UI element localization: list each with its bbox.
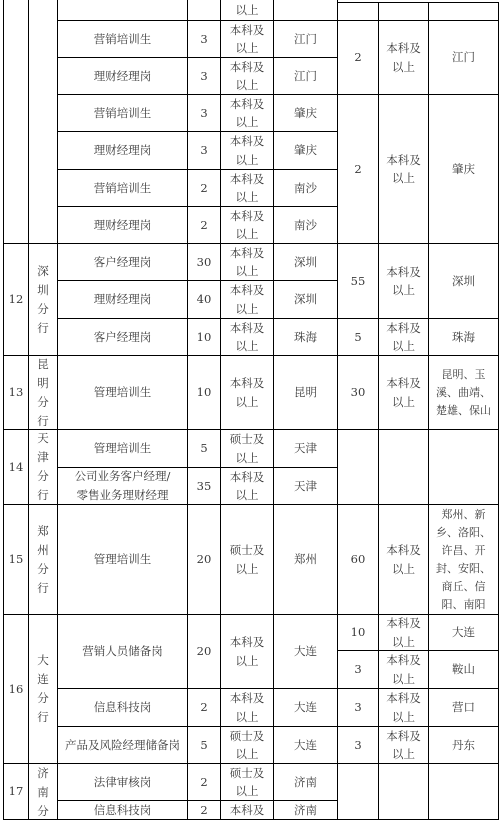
- education-line: 以上: [236, 151, 259, 170]
- branch-name-char: 分: [37, 689, 49, 708]
- branch-no-text: 13: [9, 383, 24, 402]
- count-cell: 3: [187, 94, 221, 132]
- education-line: 本科及: [386, 727, 421, 746]
- county-location-cell: 丹东: [428, 726, 499, 764]
- county-count-cell: 3: [337, 726, 379, 764]
- education-line: 本科及: [230, 95, 265, 114]
- education-cell: 本科及以上: [220, 243, 274, 281]
- county-location-line: 楚雄、保山: [436, 402, 491, 420]
- position-text: 理财经理岗: [94, 290, 152, 309]
- education-line: 以上: [236, 225, 259, 244]
- education-line: 以上: [392, 281, 415, 300]
- location-text: 肇庆: [294, 104, 317, 123]
- county-location-text: 丹东: [452, 736, 475, 755]
- education-line: 本科及: [230, 244, 265, 263]
- education-line: 硕士及: [230, 430, 265, 449]
- branch-name-char: 大: [37, 651, 49, 670]
- count-text: 3: [200, 30, 207, 49]
- branch-name-char: 分: [37, 393, 49, 412]
- count-cell: 3: [187, 20, 221, 58]
- education-line: 以上: [236, 745, 259, 764]
- education-cell: 本科及: [220, 800, 274, 820]
- education-line: 以上: [392, 58, 415, 77]
- count-cell: 5: [187, 726, 221, 764]
- position-cell: 客户经理岗: [57, 243, 188, 281]
- education-line: 以上: [236, 113, 259, 132]
- education-line: 以上: [392, 393, 415, 412]
- count-cell: 35: [187, 467, 221, 505]
- branch-no-cell: 12: [3, 243, 29, 356]
- education-cell: 硕士及以上: [220, 763, 274, 801]
- branch-no-text: 12: [9, 290, 24, 309]
- county-location-text: 肇庆: [452, 160, 475, 179]
- location-text: 大连: [294, 698, 317, 717]
- position-text: 法律审核岗: [94, 773, 152, 792]
- count-cell: 20: [187, 504, 221, 615]
- education-line: 本科及: [386, 541, 421, 560]
- county-location-cell: [428, 2, 499, 21]
- location-text: 大连: [294, 736, 317, 755]
- position-cell: 管理培训生: [57, 355, 188, 430]
- education-line: 以上: [392, 708, 415, 727]
- count-cell: 3: [187, 57, 221, 95]
- branch-name-char: 连: [37, 670, 49, 689]
- education-cell: 本科及以上: [220, 614, 274, 689]
- education-line: 以上: [392, 169, 415, 188]
- position-text: 信息科技岗: [94, 801, 152, 820]
- county-education-cell: 本科及以上: [378, 243, 429, 319]
- count-cell: 40: [187, 280, 221, 319]
- county-location-text: 江门: [452, 48, 475, 67]
- count-cell: 3: [187, 131, 221, 170]
- education-line: 以上: [236, 486, 259, 505]
- county-count-cell: 10: [337, 614, 379, 651]
- branch-name-char: 郑: [37, 522, 49, 541]
- branch-no-text: 14: [9, 458, 24, 477]
- county-education-cell: 本科及以上: [378, 614, 429, 651]
- location-text: 江门: [294, 67, 317, 86]
- count-cell: 10: [187, 355, 221, 430]
- county-location-line: 乡、洛阳、: [436, 524, 491, 542]
- county-education-cell: [378, 2, 429, 21]
- county-education-cell: 本科及以上: [378, 355, 429, 430]
- branch-no-cell: 16: [3, 614, 29, 764]
- education-line: 以上: [236, 76, 259, 95]
- education-line: 本科及: [230, 207, 265, 226]
- recruitment-table: 以上 营销培训生 3 本科及以上 江门 理财经理岗 3 本科及以上 江门 2 本…: [0, 0, 500, 822]
- count-text: 2: [200, 216, 207, 235]
- county-location-line: 封、安阳、: [436, 560, 491, 578]
- branch-name-char: 行: [37, 708, 49, 727]
- position-cell: [57, 0, 188, 21]
- position-text: 管理培训生: [94, 550, 152, 569]
- county-location-cell: 郑州、新 乡、洛阳、 许昌、开 封、安阳、 商丘、信 阳、南阳: [428, 504, 499, 615]
- count-text: 10: [197, 383, 212, 402]
- branch-name-cell: 郑 州 分 行: [28, 504, 58, 615]
- branch-name-cell: 济 南 分: [28, 763, 58, 820]
- branch-name-char: 分: [37, 467, 49, 486]
- county-count-cell: 60: [337, 504, 379, 615]
- location-cell: [273, 0, 338, 21]
- county-location-cell: 深圳: [428, 243, 499, 319]
- position-text: 管理培训生: [94, 383, 152, 402]
- education-line: 本科及: [230, 374, 265, 393]
- county-count-cell: [337, 763, 379, 820]
- location-cell: 大连: [273, 688, 338, 727]
- county-count-text: 10: [351, 623, 366, 642]
- county-education-cell: 本科及以上: [378, 318, 429, 356]
- education-cell: 本科及以上: [220, 20, 274, 58]
- county-count-text: 2: [354, 160, 361, 179]
- branch-name-char: 行: [37, 412, 49, 431]
- county-location-line: 商丘、信: [442, 578, 486, 596]
- education-line: 以上: [236, 560, 259, 579]
- education-line: 硕士及: [230, 764, 265, 783]
- county-education-cell: [378, 429, 429, 505]
- position-cell: 管理培训生: [57, 504, 188, 615]
- county-education-cell: 本科及以上: [378, 94, 429, 244]
- branch-name-char: 分: [37, 802, 49, 821]
- branch-no-text: 15: [9, 550, 24, 569]
- branch-name-cell: 昆 明 分 行: [28, 355, 58, 430]
- position-text: 理财经理岗: [94, 141, 152, 160]
- county-count-cell: [337, 429, 379, 505]
- count-cell: [187, 0, 221, 21]
- education-cell: 本科及以上: [220, 688, 274, 727]
- education-line: 本科及: [230, 21, 265, 40]
- county-location-cell: 鞍山: [428, 650, 499, 689]
- location-cell: 郑州: [273, 504, 338, 615]
- count-cell: 2: [187, 206, 221, 244]
- county-count-cell: 3: [337, 650, 379, 689]
- education-line: 本科及: [386, 39, 421, 58]
- education-line: 本科及: [386, 263, 421, 282]
- position-cell: 理财经理岗: [57, 131, 188, 170]
- position-cell: 营销培训生: [57, 20, 188, 58]
- county-count-cell: 2: [337, 94, 379, 244]
- county-count-cell: 55: [337, 243, 379, 319]
- branch-name-cell: 天 津 分 行: [28, 429, 58, 505]
- count-text: 3: [200, 67, 207, 86]
- branch-name-char: 分: [37, 560, 49, 579]
- branch-name-char: 天: [37, 429, 49, 448]
- education-line: 以上: [236, 188, 259, 207]
- branch-name-char: 昆: [37, 355, 49, 374]
- branch-no-cell: 15: [3, 504, 29, 615]
- county-location-text: 营口: [452, 698, 475, 717]
- county-count-cell: 30: [337, 355, 379, 430]
- count-text: 2: [200, 773, 207, 792]
- county-education-cell: 本科及以上: [378, 726, 429, 764]
- count-cell: 2: [187, 800, 221, 820]
- count-cell: 2: [187, 169, 221, 207]
- location-text: 郑州: [294, 550, 317, 569]
- education-line: 以上: [236, 39, 259, 58]
- location-cell: 深圳: [273, 280, 338, 319]
- position-text: 客户经理岗: [94, 328, 152, 347]
- count-cell: 30: [187, 243, 221, 281]
- education-line: 本科及: [230, 468, 265, 487]
- county-count-cell: 3: [337, 688, 379, 727]
- branch-name-char: 行: [37, 319, 49, 338]
- location-cell: 肇庆: [273, 94, 338, 132]
- location-cell: 南沙: [273, 206, 338, 244]
- education-line: 本科及: [386, 151, 421, 170]
- position-text: 信息科技岗: [94, 698, 152, 717]
- education-line: 本科及: [230, 801, 265, 820]
- education-cell: 硕士及以上: [220, 429, 274, 468]
- location-text: 南沙: [294, 216, 317, 235]
- count-text: 3: [200, 141, 207, 160]
- branch-name-char: 圳: [37, 281, 49, 300]
- county-location-cell: 珠海: [428, 318, 499, 356]
- county-count-text: 55: [351, 272, 366, 291]
- location-cell: 南沙: [273, 169, 338, 207]
- branch-name-char: 分: [37, 300, 49, 319]
- branch-no-cell: 17: [3, 763, 29, 820]
- education-line: 以上: [236, 337, 259, 356]
- education-cell: 本科及以上: [220, 206, 274, 244]
- education-line: 以上: [236, 782, 259, 801]
- education-line: 本科及: [230, 633, 265, 652]
- branch-name-char: 行: [37, 579, 49, 598]
- location-cell: 江门: [273, 57, 338, 95]
- count-text: 35: [197, 477, 212, 496]
- location-cell: 天津: [273, 467, 338, 505]
- position-cell: 营销培训生: [57, 169, 188, 207]
- county-count-text: 60: [351, 550, 366, 569]
- education-cell: 本科及以上: [220, 94, 274, 132]
- position-cell: 信息科技岗: [57, 800, 188, 820]
- education-text: 以上: [236, 1, 259, 20]
- education-line: 本科及: [230, 689, 265, 708]
- position-cell: 公司业务客户经理/ 零售业务理财经理: [57, 467, 188, 505]
- branch-name-char: 深: [37, 262, 49, 281]
- count-cell: 2: [187, 688, 221, 727]
- county-education-cell: 本科及以上: [378, 504, 429, 615]
- county-count-cell: 5: [337, 318, 379, 356]
- county-count-text: 3: [354, 660, 361, 679]
- county-count-text: 3: [354, 698, 361, 717]
- location-cell: 昆明: [273, 355, 338, 430]
- position-text: 营销培训生: [94, 104, 152, 123]
- education-cell: 本科及以上: [220, 280, 274, 319]
- education-cell: 本科及以上: [220, 467, 274, 505]
- location-text: 南沙: [294, 179, 317, 198]
- position-cell: 理财经理岗: [57, 206, 188, 244]
- position-text: 营销人员储备岗: [82, 642, 163, 661]
- branch-name-cell: 深 圳 分 行: [28, 243, 58, 356]
- count-text: 5: [200, 439, 207, 458]
- branch-no-cell: 13: [3, 355, 29, 430]
- county-count-cell: 2: [337, 20, 379, 95]
- county-location-text: 大连: [452, 623, 475, 642]
- county-location-text: 珠海: [452, 328, 475, 347]
- county-location-cell: 昆明、玉 溪、曲靖、 楚雄、保山: [428, 355, 499, 430]
- count-text: 20: [197, 550, 212, 569]
- branch-name-cell: [28, 0, 58, 244]
- location-cell: 大连: [273, 614, 338, 689]
- location-text: 昆明: [294, 383, 317, 402]
- location-text: 深圳: [294, 253, 317, 272]
- education-line: 本科及: [386, 651, 421, 670]
- county-location-text: 鞍山: [452, 660, 475, 679]
- branch-no-text: 16: [9, 680, 24, 699]
- county-location-cell: 营口: [428, 688, 499, 727]
- location-cell: 深圳: [273, 243, 338, 281]
- education-line: 本科及: [386, 319, 421, 338]
- count-text: 20: [197, 642, 212, 661]
- location-text: 天津: [294, 439, 317, 458]
- branch-name-char: 明: [37, 374, 49, 393]
- education-line: 以上: [392, 670, 415, 689]
- position-text: 管理培训生: [94, 439, 152, 458]
- county-location-cell: 大连: [428, 614, 499, 651]
- position-cell: 理财经理岗: [57, 280, 188, 319]
- branch-no-cell: [3, 0, 29, 244]
- branch-name-char: 济: [37, 764, 49, 783]
- education-line: 以上: [236, 652, 259, 671]
- county-education-cell: 本科及以上: [378, 688, 429, 727]
- branch-name-char: 津: [37, 448, 49, 467]
- position-text: 理财经理岗: [94, 216, 152, 235]
- education-cell: 本科及以上: [220, 355, 274, 430]
- education-cell: 本科及以上: [220, 57, 274, 95]
- education-line: 本科及: [230, 281, 265, 300]
- location-cell: 珠海: [273, 318, 338, 356]
- count-text: 3: [200, 104, 207, 123]
- education-line: 本科及: [230, 170, 265, 189]
- education-cell: 本科及以上: [220, 318, 274, 356]
- position-line: 零售业务理财经理: [77, 486, 169, 505]
- count-cell: 5: [187, 429, 221, 468]
- county-education-cell: 本科及以上: [378, 650, 429, 689]
- education-line: 本科及: [230, 319, 265, 338]
- position-cell: 营销培训生: [57, 94, 188, 132]
- location-cell: 济南: [273, 800, 338, 820]
- education-line: 以上: [392, 745, 415, 764]
- count-text: 30: [197, 253, 212, 272]
- county-location-cell: [428, 763, 499, 820]
- position-cell: 理财经理岗: [57, 57, 188, 95]
- count-cell: 10: [187, 318, 221, 356]
- education-line: 以上: [236, 262, 259, 281]
- education-cell: 以上: [220, 0, 274, 20]
- county-location-line: 阳、南阳: [442, 596, 486, 614]
- branch-name-char: 南: [37, 783, 49, 802]
- education-line: 本科及: [386, 689, 421, 708]
- education-line: 以上: [392, 560, 415, 579]
- county-location-cell: 肇庆: [428, 94, 499, 244]
- education-line: 以上: [392, 337, 415, 356]
- county-location-cell: 江门: [428, 20, 499, 95]
- county-location-line: 许昌、开: [442, 542, 486, 560]
- count-text: 2: [200, 179, 207, 198]
- education-line: 以上: [392, 633, 415, 652]
- county-count-cell: [337, 2, 379, 21]
- branch-name-cell: 大 连 分 行: [28, 614, 58, 764]
- education-cell: 硕士及以上: [220, 726, 274, 764]
- county-location-cell: [428, 429, 499, 505]
- county-location-line: 郑州、新: [442, 506, 486, 524]
- branch-name-char: 州: [37, 541, 49, 560]
- location-cell: 济南: [273, 763, 338, 801]
- education-cell: 本科及以上: [220, 131, 274, 170]
- count-text: 10: [197, 328, 212, 347]
- count-text: 5: [200, 736, 207, 755]
- county-education-cell: 本科及以上: [378, 20, 429, 95]
- county-count-text: 30: [351, 383, 366, 402]
- county-education-cell: [378, 763, 429, 820]
- position-text: 理财经理岗: [94, 67, 152, 86]
- education-line: 本科及: [230, 132, 265, 151]
- county-location-text: 深圳: [452, 272, 475, 291]
- position-text: 营销培训生: [94, 179, 152, 198]
- location-text: 肇庆: [294, 141, 317, 160]
- education-line: 以上: [236, 393, 259, 412]
- position-cell: 客户经理岗: [57, 318, 188, 356]
- branch-name-char: 行: [37, 486, 49, 505]
- position-cell: 法律审核岗: [57, 763, 188, 801]
- count-text: 2: [200, 801, 207, 820]
- position-cell: 营销人员储备岗: [57, 614, 188, 689]
- education-cell: 本科及以上: [220, 169, 274, 207]
- position-cell: 产品及风险经理储备岗: [57, 726, 188, 764]
- position-cell: 信息科技岗: [57, 688, 188, 727]
- count-text: 2: [200, 698, 207, 717]
- location-cell: 肇庆: [273, 131, 338, 170]
- county-count-text: 2: [354, 48, 361, 67]
- education-line: 本科及: [386, 374, 421, 393]
- education-line: 以上: [236, 300, 259, 319]
- education-line: 硕士及: [230, 727, 265, 746]
- position-text: 营销培训生: [94, 30, 152, 49]
- location-cell: 天津: [273, 429, 338, 468]
- branch-no-text: 17: [9, 782, 24, 801]
- county-location-line: 溪、曲靖、: [436, 384, 491, 402]
- branch-no-cell: 14: [3, 429, 29, 505]
- location-text: 珠海: [294, 328, 317, 347]
- county-count-text: 5: [354, 328, 361, 347]
- position-line: 公司业务客户经理/: [75, 467, 171, 486]
- county-location-line: 昆明、玉: [442, 366, 486, 384]
- position-cell: 管理培训生: [57, 429, 188, 468]
- count-cell: 2: [187, 763, 221, 801]
- count-text: 40: [197, 290, 212, 309]
- location-text: 大连: [294, 642, 317, 661]
- education-line: 本科及: [386, 614, 421, 633]
- location-text: 深圳: [294, 290, 317, 309]
- education-line: 以上: [236, 708, 259, 727]
- education-line: 本科及: [230, 58, 265, 77]
- location-cell: 大连: [273, 726, 338, 764]
- education-cell: 硕士及以上: [220, 504, 274, 615]
- count-cell: 20: [187, 614, 221, 689]
- education-line: 以上: [236, 449, 259, 468]
- location-text: 天津: [294, 477, 317, 496]
- location-text: 济南: [294, 801, 317, 820]
- education-line: 硕士及: [230, 541, 265, 560]
- location-cell: 江门: [273, 20, 338, 58]
- location-text: 济南: [294, 773, 317, 792]
- position-text: 产品及风险经理储备岗: [65, 736, 180, 755]
- location-text: 江门: [294, 30, 317, 49]
- position-text: 客户经理岗: [94, 253, 152, 272]
- county-count-text: 3: [354, 736, 361, 755]
